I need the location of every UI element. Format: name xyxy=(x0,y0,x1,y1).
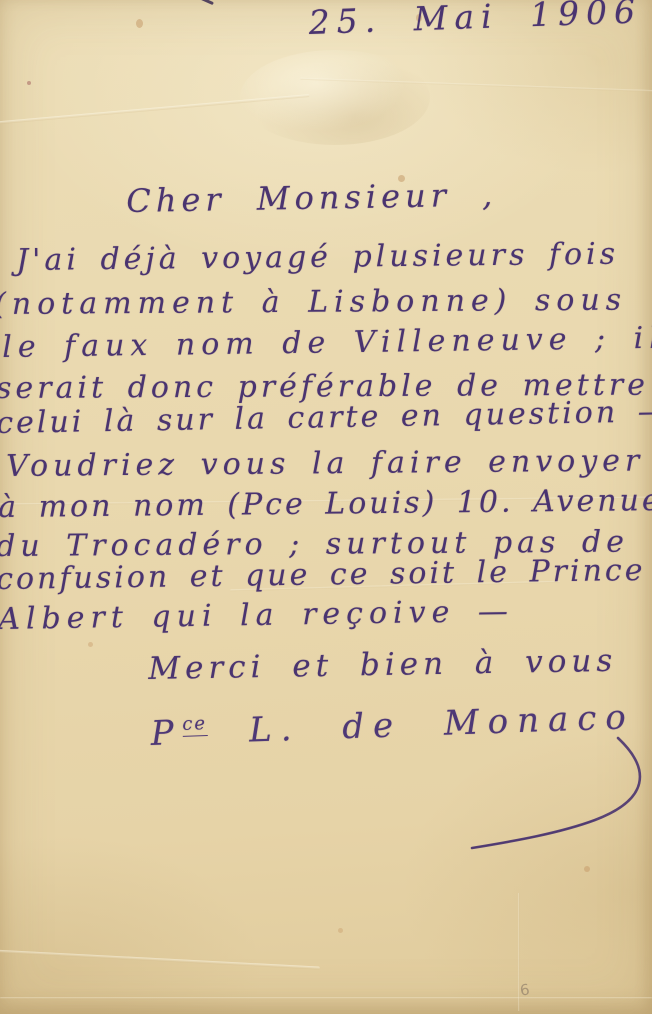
paper-crumple xyxy=(240,50,430,145)
paper-crease xyxy=(0,949,320,969)
foxing-spot xyxy=(136,19,143,28)
paper-crease xyxy=(0,94,310,125)
foxing-spot xyxy=(338,928,343,933)
letter-body-line: (notamment à Lisbonne) sous xyxy=(0,283,627,322)
foxing-spot xyxy=(88,642,93,647)
letter-body-line: Albert qui la reçoive — xyxy=(0,594,514,637)
letter-closing: Merci et bien à vous xyxy=(148,643,618,687)
letter-salutation: Cher Monsieur , xyxy=(126,176,498,220)
letter-page: 25. Mai 1906 Cher Monsieur , J'ai déjà v… xyxy=(0,0,652,1014)
paper-crease xyxy=(300,78,652,93)
signature-superscript: ce xyxy=(182,713,208,737)
signature-name: L. de Monaco xyxy=(248,697,635,750)
paper-crease xyxy=(0,997,652,999)
signature-prefix: P xyxy=(150,713,183,754)
letter-signature: Pce L. de Monaco xyxy=(150,697,635,754)
stray-ink-mark xyxy=(198,0,214,5)
foxing-spot xyxy=(27,81,31,85)
letter-date: 25. Mai 1906 xyxy=(308,0,643,42)
letter-body-line: le faux nom de Villeneuve ; il xyxy=(2,321,652,365)
letter-body-line: à mon nom (Pce Louis) 10. Avenue xyxy=(0,483,652,525)
letter-body-line: J'ai déjà voyagé plusieurs fois xyxy=(16,237,619,278)
pencil-mark: 6 xyxy=(519,980,531,999)
letter-body-line: Voudriez vous la faire envoyer xyxy=(6,443,644,484)
foxing-spot xyxy=(584,866,590,872)
